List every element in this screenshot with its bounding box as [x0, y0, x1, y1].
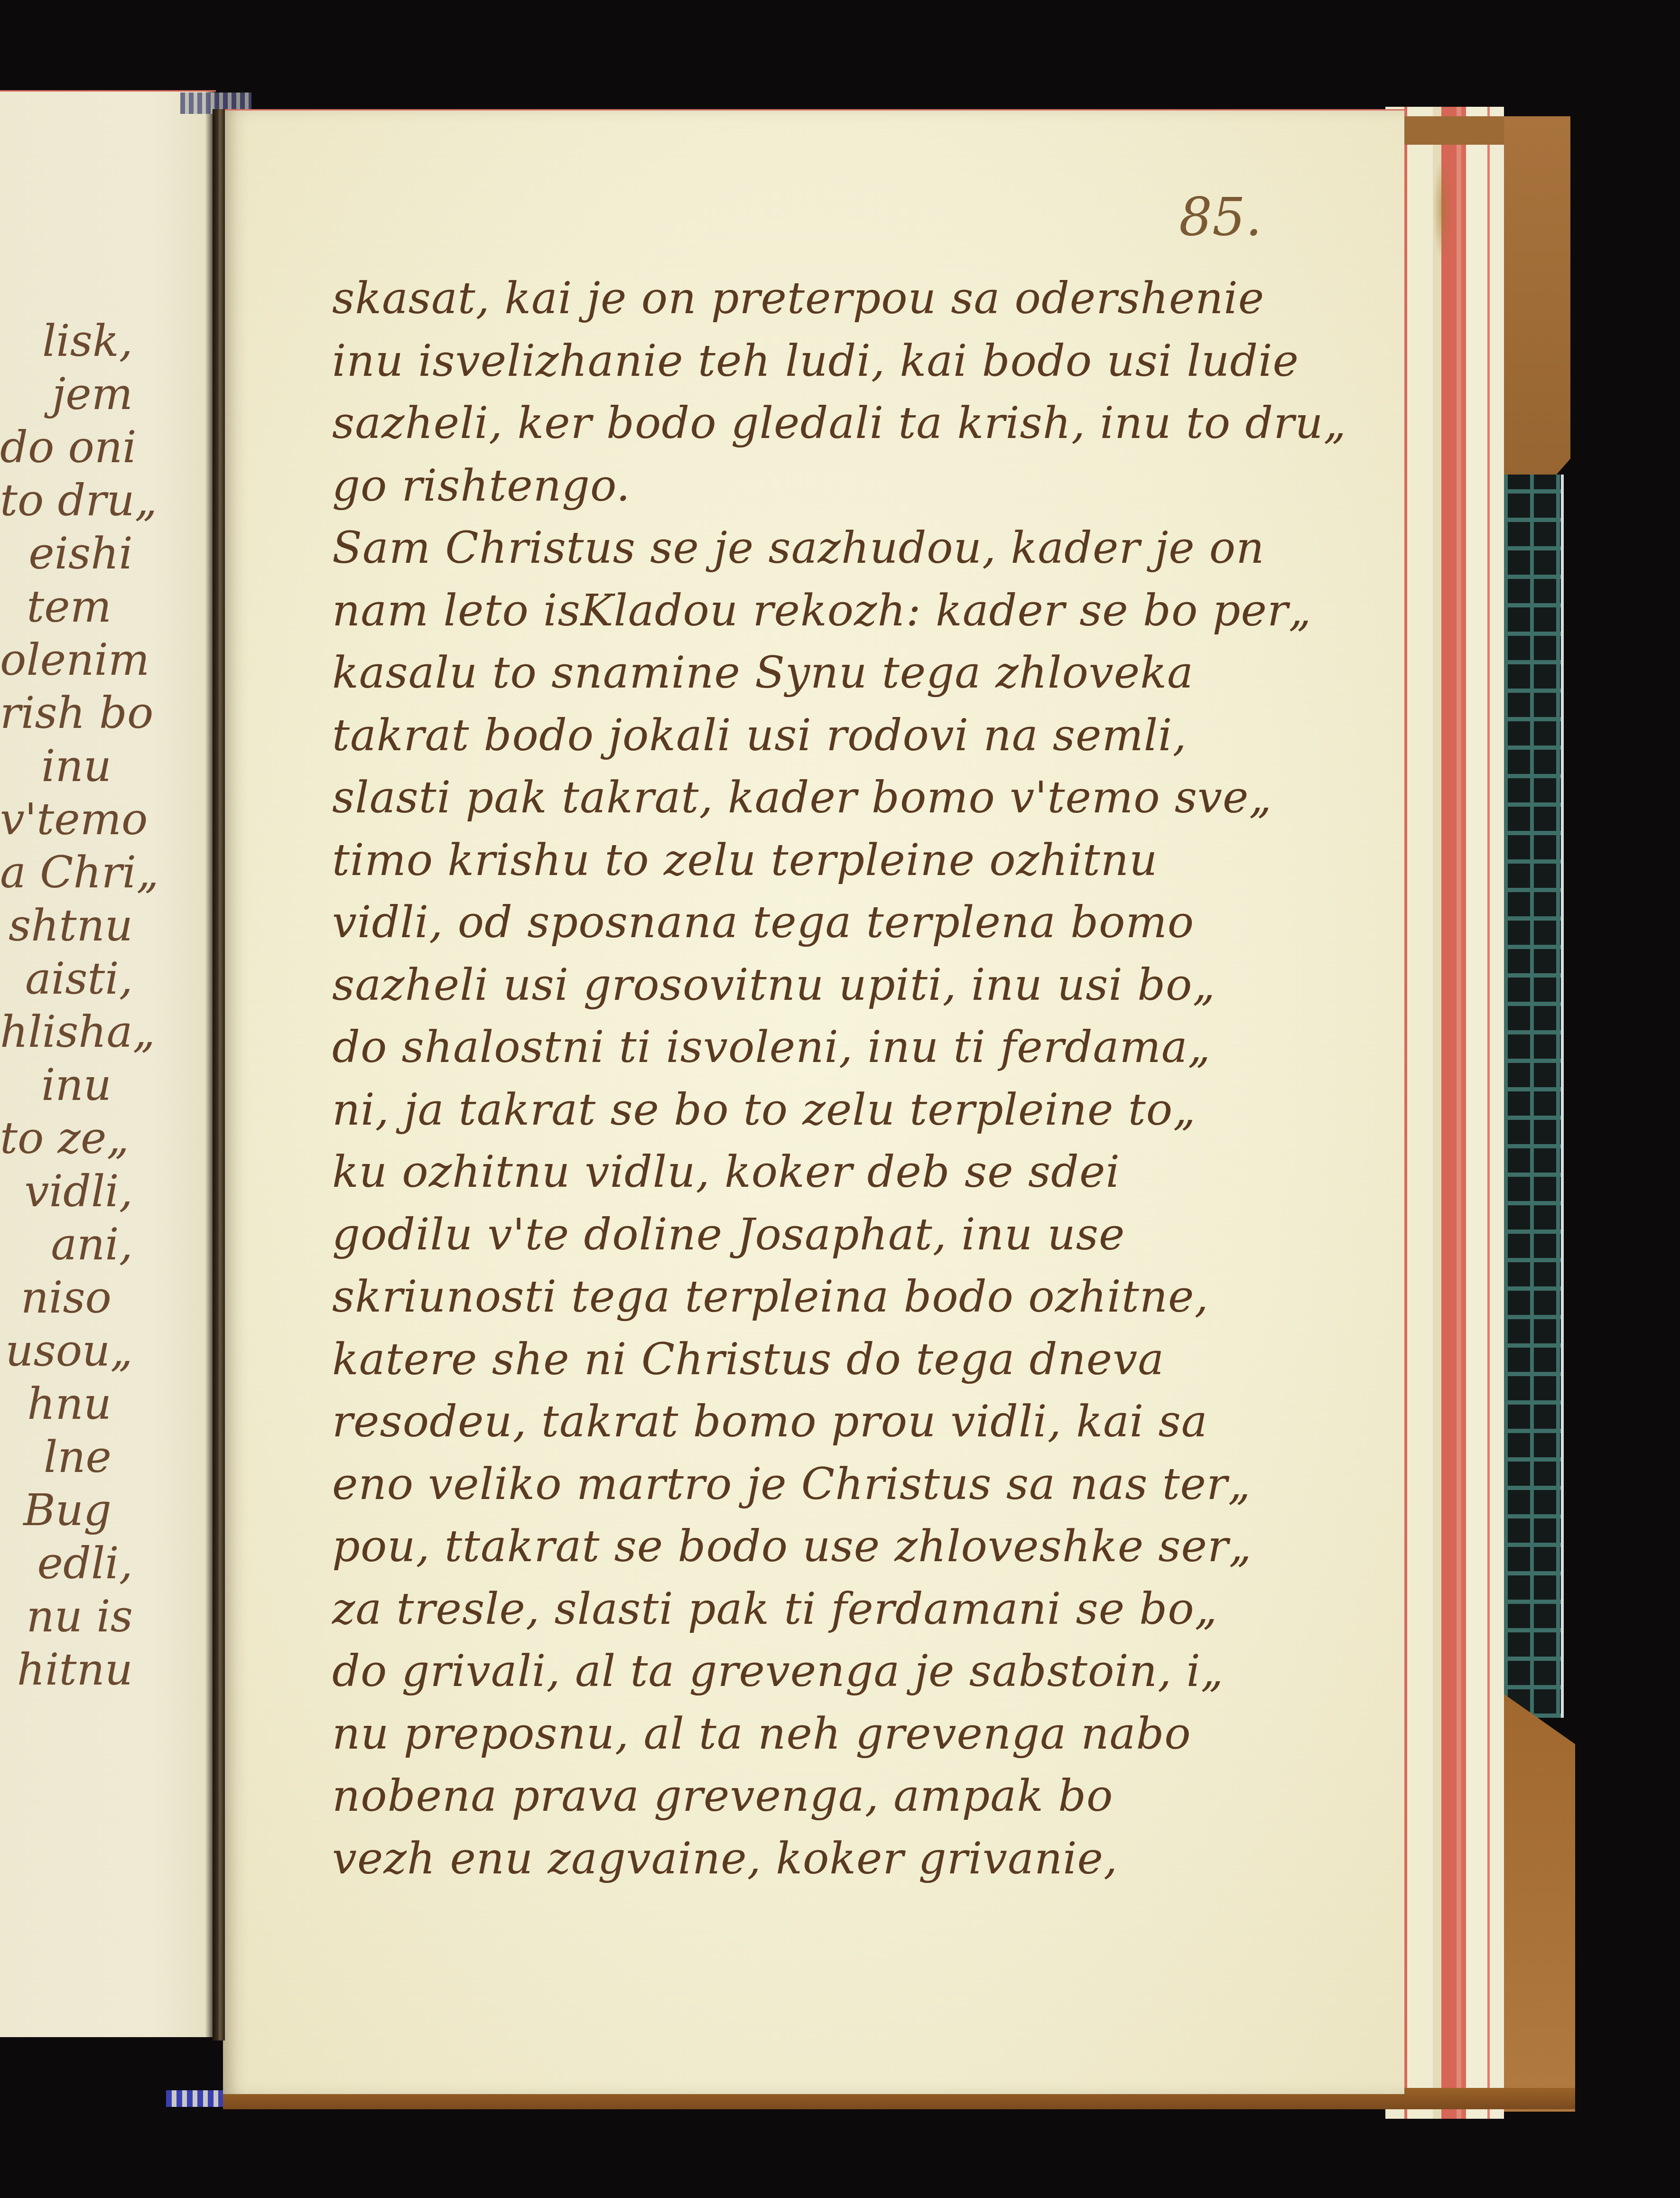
text-line: nu preposnu, al ta neh grevenga nabo	[332, 1703, 1376, 1765]
left-line: aisti,	[0, 952, 209, 1006]
left-line: eishi	[0, 527, 209, 580]
text-line: skasat, kai je on preterpou sa odersheni…	[332, 267, 1376, 330]
text-line: go rishtengo.	[332, 455, 1376, 517]
text-line: takrat bodo jokali usi rodovi na semli,	[332, 704, 1376, 767]
text-line: godilu v'te doline Josaphat, inu use	[332, 1203, 1376, 1266]
left-line: do oni	[0, 421, 209, 474]
text-line: timo krishu to zelu terpleine ozhitnu	[332, 829, 1376, 892]
text-line: slasti pak takrat, kader bomo v'temo sve…	[332, 766, 1376, 829]
left-line: ani,	[0, 1218, 209, 1271]
left-line: rish bo	[0, 687, 209, 740]
left-line: jem	[0, 368, 209, 421]
text-line: za tresle, slasti pak ti ferdamani se bo…	[332, 1578, 1376, 1640]
text-line: sazheli, ker bodo gledali ta krish, inu …	[332, 392, 1376, 455]
left-line: niso	[0, 1271, 209, 1324]
leather-corner-bottom	[1504, 1694, 1575, 2112]
text-line: kasalu to snamine Synu tega zhloveka	[332, 642, 1376, 704]
text-line: resodeu, takrat bomo prou vidli, kai sa	[332, 1390, 1376, 1453]
left-line: to ze„	[0, 1112, 209, 1165]
text-line: vezh enu zagvaine, koker grivanie,	[332, 1827, 1376, 1890]
text-line: sazheli usi grosovitnu upiti, inu usi bo…	[332, 954, 1376, 1016]
left-line: vidli,	[0, 1165, 209, 1218]
left-line: inu	[0, 1059, 209, 1112]
text-line: inu isvelizhanie teh ludi, kai bodo usi …	[332, 330, 1376, 392]
text-line: nam leto isKladou rekozh: kader se bo pe…	[332, 579, 1376, 642]
left-line: hlisha„	[0, 1006, 209, 1059]
left-line: hitnu	[0, 1643, 209, 1696]
left-line: Bug	[0, 1484, 209, 1537]
left-line: olenim	[0, 633, 209, 687]
leather-corner-top	[1504, 116, 1570, 534]
manuscript-text: skasat, kai je on preterpou sa odersheni…	[332, 267, 1376, 1890]
left-line: to dru„	[0, 474, 209, 527]
left-line: v'temo	[0, 793, 209, 846]
text-line: katere she ni Christus do tega dneva	[332, 1328, 1376, 1391]
text-line: do grivali, al ta grevenga je sabstoin, …	[332, 1640, 1376, 1703]
left-line: inu	[0, 740, 209, 793]
book-gutter	[213, 109, 225, 2040]
left-line: lne	[0, 1431, 209, 1484]
page-number: 85.	[1179, 186, 1262, 247]
text-line: ni, ja takrat se bo to zelu terpleine to…	[332, 1079, 1376, 1141]
text-line: nobena prava grevenga, ampak bo	[332, 1765, 1376, 1827]
left-line: lisk,	[0, 315, 209, 368]
text-line: Sam Christus se je sazhudou, kader je on	[332, 517, 1376, 579]
text-line: pou, ttakrat se bodo use zhloveshke ser„	[332, 1515, 1376, 1578]
book-photo-scene: lisk, jem do oni to dru„ eishi tem oleni…	[0, 0, 1680, 2198]
left-line: hnu	[0, 1378, 209, 1431]
green-marbled-cover	[1504, 475, 1564, 1718]
text-line: skriunosti tega terpleina bodo ozhitne,	[332, 1266, 1376, 1328]
text-line: ku ozhitnu vidlu, koker deb se sdei	[332, 1141, 1376, 1203]
text-line: vidli, od sposnana tega terplena bomo	[332, 891, 1376, 954]
left-line: a Chri„	[0, 846, 209, 899]
left-line: shtnu	[0, 899, 209, 952]
left-page: lisk, jem do oni to dru„ eishi tem oleni…	[0, 90, 216, 2037]
right-page: 85. skasat, kai je on preterpou sa oders…	[223, 109, 1404, 2094]
left-line: usou„	[0, 1324, 209, 1378]
left-line: tem	[0, 580, 209, 633]
left-page-text-fragments: lisk, jem do oni to dru„ eishi tem oleni…	[0, 315, 209, 1696]
left-line: edli,	[0, 1537, 209, 1590]
left-line: nu is	[0, 1590, 209, 1643]
text-line: eno veliko martro je Christus sa nas ter…	[332, 1453, 1376, 1516]
text-line: do shalostni ti isvoleni, inu ti ferdama…	[332, 1016, 1376, 1079]
page-edge-stain	[1433, 157, 1452, 261]
